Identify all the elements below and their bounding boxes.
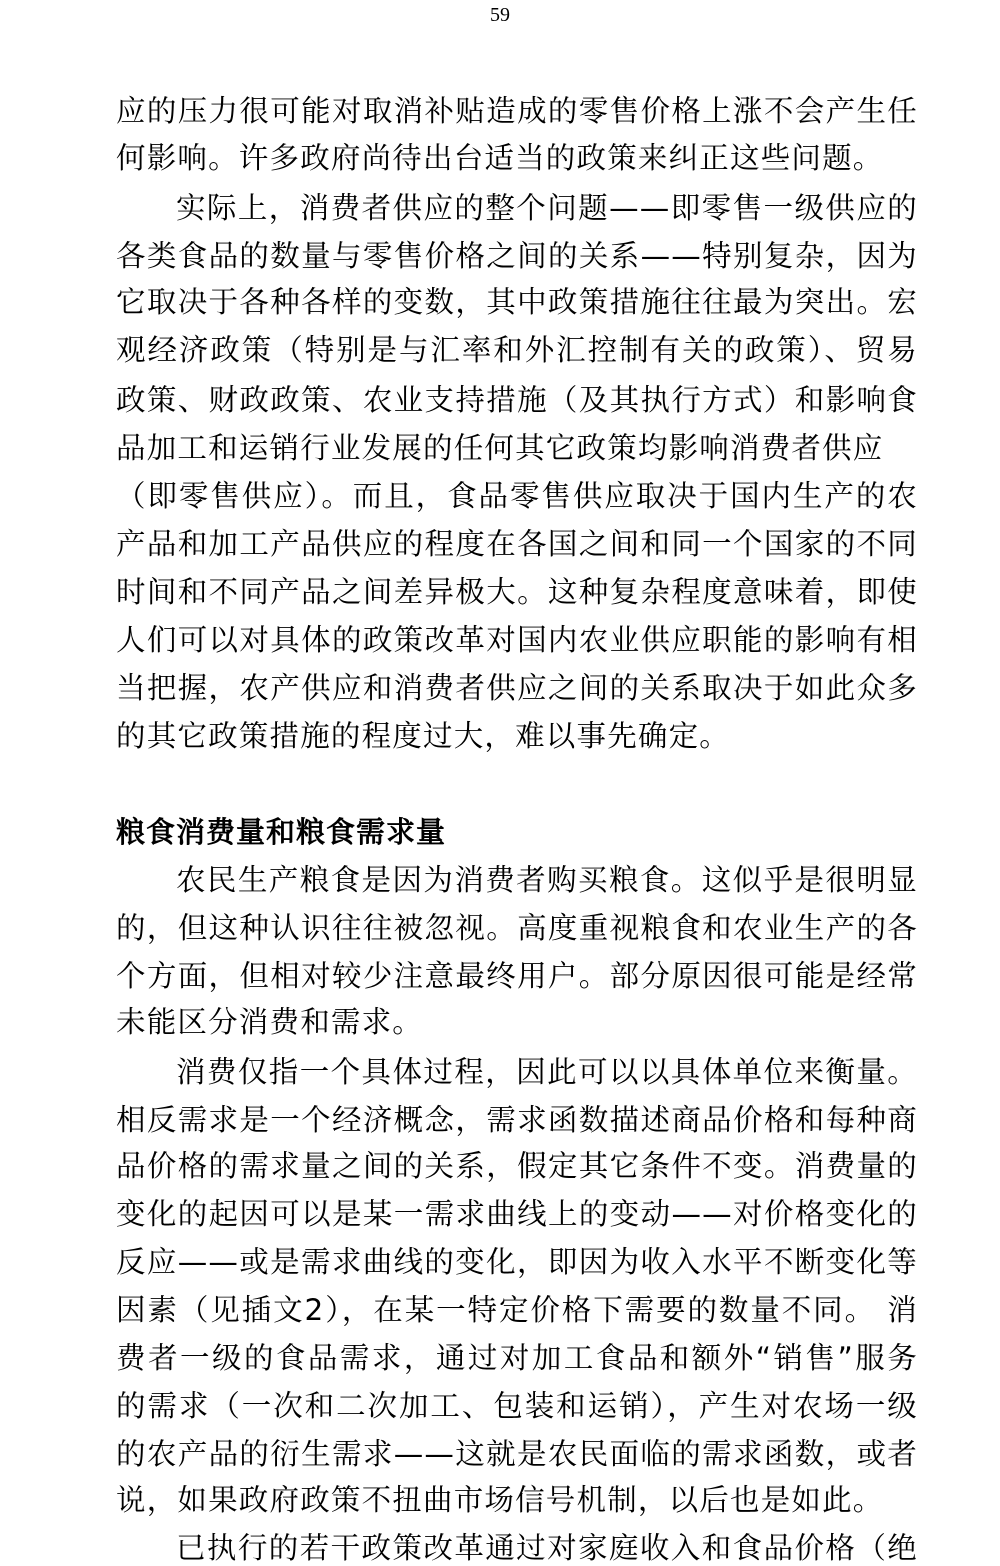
text-line: 产品和加工产品供应的程度在各国之间和同一个国家的不同 (116, 527, 918, 561)
text-line: 相反需求是一个经济概念，需求函数描述商品价格和每种商 (116, 1103, 918, 1137)
text-line: 政策、财政政策、农业支持措施（及其执行方式）和影响食 (116, 383, 918, 417)
text-line: 已执行的若干政策改革通过对家庭收入和食品价格（绝 (176, 1531, 918, 1565)
text-line: （即零售供应）。而且，食品零售供应取决于国内生产的农 (116, 479, 918, 513)
text-line: 当把握，农产供应和消费者供应之间的关系取决于如此众多 (116, 671, 918, 705)
text-line: 反应——或是需求曲线的变化，即因为收入水平不断变化等 (116, 1245, 918, 1279)
text-line: 的，但这种认识往往被忽视。高度重视粮食和农业生产的各 (116, 911, 918, 945)
text-line: 的其它政策措施的程度过大，难以事先确定。 (116, 719, 918, 753)
text-line: 何影响。许多政府尚待出台适当的政策来纠正这些问题。 (116, 141, 918, 175)
text-line: 未能区分消费和需求。 (116, 1005, 918, 1039)
text-line: 的农产品的衍生需求——这就是农民面临的需求函数，或者 (116, 1437, 918, 1471)
text-line: 应的压力很可能对取消补贴造成的零售价格上涨不会产生任 (116, 94, 918, 128)
text-line: 品价格的需求量之间的关系，假定其它条件不变。消费量的 (116, 1149, 918, 1183)
text-line: 因素（见插文2），在某一特定价格下需要的数量不同。 消 (116, 1293, 918, 1327)
text-line: 它取决于各种各样的变数，其中政策措施往往最为突出。宏 (116, 285, 918, 319)
text-line: 变化的起因可以是某一需求曲线上的变动——对价格变化的 (116, 1197, 918, 1231)
text-line: 时间和不同产品之间差异极大。这种复杂程度意味着，即使 (116, 575, 918, 609)
page-number: 59 (0, 4, 1000, 27)
text-line: 观经济政策（特别是与汇率和外汇控制有关的政策）、贸易 (116, 333, 918, 367)
text-line: 个方面，但相对较少注意最终用户。部分原因很可能是经常 (116, 959, 918, 993)
text-line: 费者一级的食品需求，通过对加工食品和额外“销售”服务 (116, 1341, 918, 1375)
text-line: 消费仅指一个具体过程，因此可以以具体单位来衡量。 (176, 1055, 918, 1089)
text-line: 人们可以对具体的政策改革对国内农业供应职能的影响有相 (116, 623, 918, 657)
text-line: 品加工和运销行业发展的任何其它政策均影响消费者供应 (116, 431, 918, 465)
text-line: 的需求（一次和二次加工、包装和运销），产生对农场一级 (116, 1389, 918, 1423)
section-heading: 粮食消费量和粮食需求量 (116, 815, 446, 849)
text-line: 实际上，消费者供应的整个问题——即零售一级供应的 (176, 191, 918, 225)
text-line: 农民生产粮食是因为消费者购买粮食。这似乎是很明显 (176, 863, 918, 897)
text-line: 各类食品的数量与零售价格之间的关系——特别复杂，因为 (116, 239, 918, 273)
text-line: 说，如果政府政策不扭曲市场信号机制，以后也是如此。 (116, 1483, 918, 1517)
